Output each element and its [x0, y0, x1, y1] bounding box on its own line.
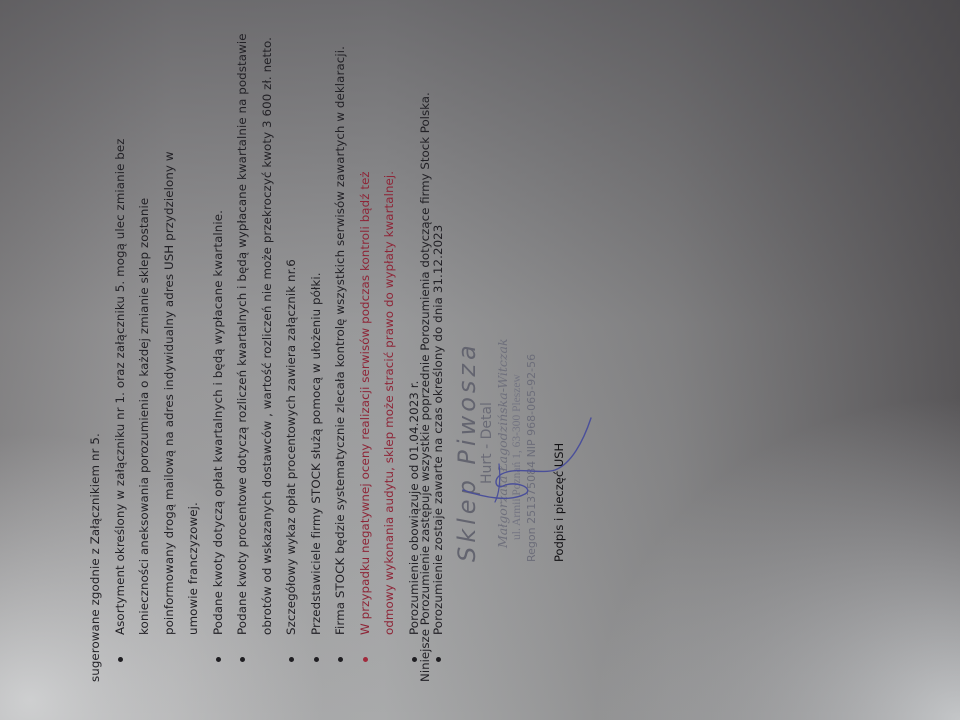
list-line: konieczności aneksowania porozumienia o … [132, 2, 157, 682]
list-line: umowie franczyzowej. [181, 2, 206, 682]
line-text: Przedstawiciele firmy STOCK służą pomocą… [309, 272, 323, 635]
bullet-icon [314, 657, 319, 662]
list-item: Podane kwoty procentowe dotyczą rozlicze… [230, 2, 255, 682]
list-item: Asortyment określony w załączniku nr 1. … [108, 2, 133, 682]
signature-label: Podpis i pieczęć USH [552, 443, 566, 562]
line-text: konieczności aneksowania porozumienia o … [137, 198, 151, 635]
terms-list: sugerowane zgodnie z Załącznikiem nr 5. … [83, 2, 451, 682]
line-text: Podane kwoty procentowe dotyczą rozlicze… [235, 33, 249, 635]
line-text: Porozumienie zostaje zawarte na czas okr… [431, 225, 445, 635]
line-text: Podane kwoty dotyczą opłat kwartalnych i… [211, 210, 225, 635]
signature-label-text: Podpis i pieczęć USH [552, 443, 566, 562]
line-text: Firma STOCK będzie systematycznie zlecał… [333, 46, 347, 635]
line-text: Szczegółowy wykaz opłat procentowych zaw… [284, 259, 298, 635]
list-item: Szczegółowy wykaz opłat procentowych zaw… [279, 2, 304, 682]
bullet-icon [436, 657, 441, 662]
stamp-shop-name: Sklep Piwosza [454, 302, 480, 562]
list-item: Podane kwoty dotyczą opłat kwartalnych i… [206, 2, 231, 682]
list-line-warning: odmowy wykonania audytu, sklep może stra… [377, 2, 402, 682]
line-text: Asortyment określony w załączniku nr 1. … [113, 138, 127, 635]
bullet-icon [338, 657, 343, 662]
bullet-icon [240, 657, 245, 662]
list-item-warning: W przypadku negatywnej oceny realizacji … [353, 2, 378, 682]
line-text: W przypadku negatywnej oceny realizacji … [358, 171, 372, 635]
bullet-icon [118, 657, 123, 662]
line-text: sugerowane zgodnie z Załącznikiem nr 5. [88, 433, 102, 682]
stamp-owner: Małgorzata Łagodzińska-Witczak [495, 302, 510, 562]
list-item: Przedstawiciele firmy STOCK służą pomocą… [304, 2, 329, 682]
list-line: obrotów od wskazanych dostawców , wartoś… [255, 2, 280, 682]
document-page: sugerowane zgodnie z Załącznikiem nr 5. … [0, 0, 960, 720]
stamp-ids: Regon 251375084 NIP 968-065-92-56 [525, 302, 539, 562]
line-text: odmowy wykonania audytu, sklep może stra… [382, 171, 396, 635]
bullet-icon [363, 657, 368, 662]
closing-statement: Niniejsze Porozumienie zastępuje wszystk… [418, 92, 432, 682]
list-line: poinformowany drogą mailową na adres ind… [157, 2, 182, 682]
list-line: sugerowane zgodnie z Załącznikiem nr 5. [83, 2, 108, 682]
bullet-icon [289, 657, 294, 662]
list-item: Firma STOCK będzie systematycznie zlecał… [328, 2, 353, 682]
stamp-address: ul. Armii Poznań 1, 63-300 Pleszew [510, 302, 525, 562]
bullet-icon [216, 657, 221, 662]
line-text: umowie franczyzowej. [186, 502, 200, 635]
line-text: obrotów od wskazanych dostawców , wartoś… [260, 37, 274, 635]
company-stamp: Sklep Piwosza Hurt - Detal Małgorzata Ła… [454, 302, 539, 562]
stamp-subtitle: Hurt - Detal [480, 302, 495, 562]
line-text: poinformowany drogą mailową na adres ind… [162, 151, 176, 635]
bullet-icon [412, 657, 417, 662]
